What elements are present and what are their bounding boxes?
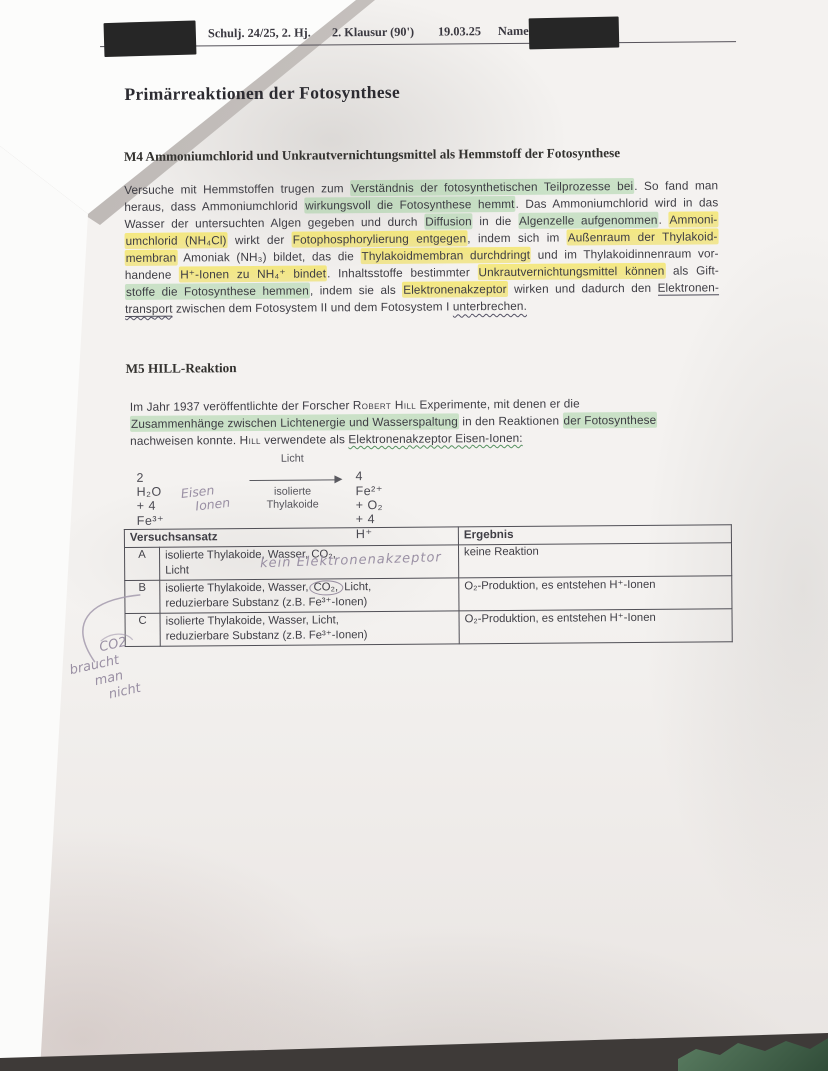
name-label: Name: <box>498 24 533 39</box>
highlighted-text: Thylakoidmembran durchdringt <box>360 247 531 264</box>
highlighted-text: stoffe die Fotosynthese hemmen <box>125 283 310 300</box>
text-segment: Hill <box>240 433 261 447</box>
text-segment: wirken und dadurch den <box>508 281 658 296</box>
equation-condition-light: Licht <box>243 452 341 465</box>
exam-date: 19.03.25 <box>438 24 481 39</box>
highlighted-text: der Fotosynthese <box>562 412 657 429</box>
text-segment: Licht <box>165 564 189 576</box>
text-segment: . <box>658 213 668 227</box>
reaction-arrow <box>249 479 335 481</box>
table-row: Bisolierte Thylakoide, Wasser, CO₂, Lich… <box>125 576 732 614</box>
paragraph-line: nachweisen konnte. Hill verwendete als E… <box>130 428 696 449</box>
school-year-label: Schulj. 24/25, 2. Hj. <box>208 26 311 42</box>
m4-paragraph: Versuche mit Hemmstoffen trugen zum Vers… <box>124 177 719 318</box>
experiment-table: Versuchsansatz Ergebnis Aisolierte Thyla… <box>124 524 733 647</box>
text-segment: . So fand man <box>634 178 718 193</box>
highlighted-text: Zusammenhänge zwischen Lichtenergie und … <box>130 413 459 432</box>
highlighted-text: Unkrautvernichtungsmittel können <box>477 263 665 280</box>
redaction-box-left <box>104 20 197 57</box>
equation-condition-thylakoids-1: isolierte <box>244 485 342 498</box>
m4-heading: M4 Ammoniumchlorid und Unkrautvernichtun… <box>124 145 620 165</box>
highlighted-text: umchlorid (NH₄Cl) <box>125 232 228 249</box>
underlined-text: unterbrechen. <box>453 299 527 314</box>
text-segment: Robert Hill <box>353 398 416 412</box>
exam-label: 2. Klausur (90') <box>332 25 414 41</box>
text-segment: Wasser der untersuchten Algen gegeben un… <box>124 215 424 231</box>
m5-paragraph: Im Jahr 1937 veröffentlichte der Forsche… <box>130 394 696 449</box>
highlighted-text: Fotophosphorylierung entgegen <box>292 230 468 247</box>
approach-cell: isolierte Thylakoide, Wasser, CO₂, Licht… <box>160 578 459 613</box>
column-header-ergebnis: Ergebnis <box>458 525 731 545</box>
row-label: B <box>125 580 160 613</box>
text-segment: . Inhaltsstoffe bestimmter <box>327 265 478 280</box>
circled-text: CO₂, <box>310 580 344 595</box>
text-segment: . Das Ammoniumchlorid wird in das <box>515 195 718 211</box>
approach-line: reduzierbare Substanz (z.B. Fe³⁺-Ionen) <box>166 627 454 644</box>
text-segment: Licht, <box>341 581 371 593</box>
text-segment: zwischen dem Fotosystem II und dem Fotos… <box>173 299 453 315</box>
result-cell: keine Reaktion <box>458 543 731 578</box>
highlighted-text: Elektronenakzeptor <box>402 281 508 298</box>
text-segment: handene <box>125 268 179 282</box>
equation-condition-thylakoids-2: Thylakoide <box>244 498 342 511</box>
highlighted-text: Ammoni- <box>668 211 718 227</box>
equation-reactants: 2 H₂O + 4 Fe³⁺ <box>136 471 164 528</box>
text-segment: in den Reaktionen <box>459 414 563 429</box>
table-row: Cisolierte Thylakoide, Wasser, Licht,red… <box>125 609 732 647</box>
underlined-text: transport <box>125 302 173 317</box>
text-segment: reduzierbare Substanz (z.B. Fe³⁺-Ionen) <box>165 596 367 610</box>
text-segment: in die <box>473 214 518 228</box>
text-segment: isolierte Thylakoide, Wasser, Licht, <box>166 614 339 627</box>
text-segment: Versuche mit Hemmstoffen trugen zum <box>124 181 350 197</box>
text-segment: Im Jahr 1937 veröffentlichte der Forsche… <box>130 398 353 414</box>
text-segment: wirkt der <box>227 233 291 248</box>
text-segment: reduzierbare Substanz (z.B. Fe³⁺-Ionen) <box>166 629 368 643</box>
row-label: A <box>124 547 159 580</box>
page-title: Primärreaktionen der Fotosynthese <box>124 82 400 105</box>
handwritten-note-iron-ions: Eisen Ionen <box>180 482 231 515</box>
underlined-text: Elektronenakzeptor Eisen-Ionen: <box>348 431 522 446</box>
text-segment: heraus, dass Ammoniumchlorid <box>124 199 304 214</box>
text-segment: isolierte Thylakoide, Wasser, <box>165 582 311 595</box>
result-cell: O₂-Produktion, es entstehen H⁺-Ionen <box>459 609 732 644</box>
text-segment: Amoniak (NH₃) bildet, das die <box>177 249 360 264</box>
text-segment: und im Thylakoidinnenraum vor- <box>531 246 719 261</box>
underlined-text: Elektronen- <box>657 280 719 295</box>
highlighted-text: Außenraum der Thylakoid- <box>567 228 719 245</box>
m5-heading: M5 HILL-Reaktion <box>126 360 237 377</box>
text-segment: verwendete als <box>261 432 349 447</box>
highlighted-text: membran <box>125 250 178 266</box>
highlighted-text: wirkungsvoll die Fotosynthese hemmt <box>304 196 515 214</box>
text-segment: nachweisen konnte. <box>130 433 240 448</box>
result-cell: O₂-Produktion, es entstehen H⁺-Ionen <box>459 576 732 611</box>
approach-cell: isolierte Thylakoide, Wasser, Licht,redu… <box>160 611 459 646</box>
text-segment: , indem sich im <box>467 230 567 245</box>
approach-line: reduzierbare Substanz (z.B. Fe³⁺-Ionen) <box>165 594 453 611</box>
redaction-box-name <box>529 16 620 49</box>
paragraph-line: transport zwischen dem Fotosystem II und… <box>125 296 719 318</box>
text-segment: , indem sie als <box>310 283 402 298</box>
highlighted-text: Verständnis der fotosynthetischen Teilpr… <box>350 178 634 196</box>
highlighted-text: Algenzelle aufgenommen <box>518 212 659 229</box>
highlighted-text: Diffusion <box>424 213 473 229</box>
text-segment: als Gift- <box>665 263 719 277</box>
document-page: Schulj. 24/25, 2. Hj. 2. Klausur (90') 1… <box>0 0 828 1071</box>
text-segment: Experimente, mit denen er die <box>416 396 580 411</box>
highlighted-text: H⁺-Ionen zu NH₄⁺ bindet <box>179 265 327 282</box>
margin-note-co2: CO2 braucht man nicht <box>65 634 143 711</box>
